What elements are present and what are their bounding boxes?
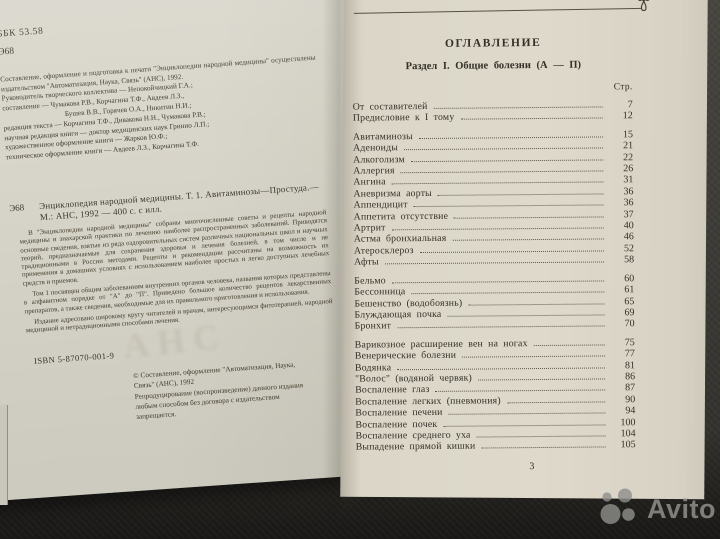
toc-page-number: 100 [609,417,635,429]
toc-entry-label: Варикозное расширение вен на ногах [355,338,528,351]
credits-paragraph: Составление, оформление и подготовка к п… [0,54,317,95]
toc-leader [447,314,604,316]
toc-leader [392,228,604,231]
page-column-header: Стр. [353,82,633,94]
toc-page-number: 87 [609,383,635,395]
annotation-paragraph-1: В "Энциклопедии народной медицины" собра… [19,209,330,288]
avito-wordmark: Avito [647,494,716,525]
toc-group: От составителей7Предисловие к I тому12 [353,99,633,124]
toc-entry-label: Выпадение прямой кишки [356,441,476,453]
credits-line: составление — Чумакова Р.В., Корчагина Т… [2,83,318,115]
bbk-code: ББК 53.58 [0,8,313,40]
toc-leader [434,106,603,108]
toc-entry-label: "Волос" (водяной червяк) [355,373,472,385]
annotation-paragraph-3: Издание адресовано широкому кругу читате… [25,298,333,336]
left-page: АНС ББК 53.58 Э68 Составление, оформлени… [0,0,397,502]
toc-leader [397,326,605,329]
contents-title: ОГЛАВЛЕНИЕ [352,36,634,50]
toc-leader [477,435,606,437]
toc-entry-label: Алкоголизм [353,154,405,166]
isbn: ISBN 5-87070-001-9 [34,334,336,365]
toc-entry-label: Бешенство (водобоязнь) [354,297,462,309]
copyright-line: © Составление, оформление "Автоматизация… [133,358,312,391]
toc-page-number: 65 [608,296,634,308]
header-rule [354,8,642,14]
toc-row: Предисловие к I тому12 [353,111,633,125]
toc-page-number: 52 [608,243,634,255]
toc-page-number: 7 [607,99,633,111]
toc-page-number: 36 [607,186,633,198]
toc-leader [462,356,605,358]
toc-leader [534,344,605,346]
toc-group: Авитаминозы15Аденоиды21Алкоголизм22Аллер… [353,129,634,268]
toc-entry-label: Аневризма аорты [353,188,432,200]
credits-line: Бушев В.В., Горячев О.А., Никитин Н.И.; [3,92,319,124]
toc-page-number: 105 [610,440,636,452]
toc-entry-label: Астма бронхиальная [354,233,447,245]
toc-page-number: 36 [608,197,634,209]
toc-page-number: 40 [608,220,634,232]
toc-row: Выпадение прямой кишки105 [356,440,636,454]
right-page-content: ОГЛАВЛЕНИЕ Раздел I. Общие болезни (А — … [340,0,709,511]
toc-page-number: 81 [609,360,635,372]
catalog-entry-block: Э68 Энциклопедия народной медицины. Т. 1… [9,181,326,226]
credits-line: техническое оформление книги — Авдеев Л.… [5,132,321,164]
page-number-footer: 3 [356,460,672,474]
toc-leader [481,447,605,449]
toc-page-number: 15 [607,129,633,141]
toc-page-number: 90 [609,394,635,406]
avito-watermark: Avito [598,487,716,532]
catalog-entry: Энциклопедия народной медицины. Т. 1. Ав… [39,181,326,224]
toc-leader [385,262,604,265]
toc-leader [414,205,604,208]
toc-leader [449,413,606,415]
toc-entry-label: Артрит [354,222,386,234]
toc-entry-label: Атеросклероз [354,245,414,257]
toc-entry-label: Аппендицит [354,199,408,211]
toc-page-number: 31 [607,175,633,187]
toc-leader [454,216,604,218]
toc-leader [468,303,604,305]
toc-leader [411,292,604,295]
toc-entry-label: Воспаление среднего уха [356,430,471,442]
toc-entry-label: Блуждающая почка [354,309,441,321]
toc-page-number: 86 [609,371,635,383]
toc-leader [443,424,605,426]
toc-page-number: 60 [608,273,634,285]
toc-entry-label: Бессонница [354,286,405,298]
right-page: ОГЛАВЛЕНИЕ Раздел I. Общие болезни (А — … [340,0,708,499]
credits-line: Руководитель творческого коллектива — Не… [1,73,317,105]
toc-leader [507,401,605,403]
toc-leader [452,239,603,241]
toc-entry-label: Ангина [353,177,385,189]
show-through-text: АНС [121,315,229,368]
toc-leader [478,378,605,380]
toc-page-number: 37 [608,209,634,221]
avito-logo-icon [598,487,642,532]
toc-entry-label: Аппетита отсутствие [354,210,449,222]
toc-page-number: 94 [609,405,635,417]
book-photo: АНС ББК 53.58 Э68 Составление, оформлени… [0,0,720,539]
toc-page-number: 70 [609,318,635,330]
toc-leader [404,148,603,151]
catalog-index: Э68 [0,26,314,58]
toc-leader [392,280,604,283]
credits-line: художественное оформление книги — Жарков… [5,122,321,154]
credits-line: научная редакция книги — доктор медицинс… [4,112,320,144]
toc-page-number: 58 [608,254,634,266]
toc-leader [438,193,604,195]
toc-entry-label: Воспаление глаз [355,384,429,396]
toc-page-number: 61 [608,284,634,296]
toc-leader [397,367,605,370]
toc-page-number: 21 [607,140,633,152]
toc-entry-label: Воспаление печени [355,407,442,419]
toc-entry-label: Предисловие к I тому [353,112,455,124]
toc-entry-label: Воспаление почек [355,418,437,430]
toc-page-number: 26 [607,163,633,175]
toc-entry-label: Бронхит [355,321,392,333]
toc-group: Варикозное расширение вен на ногах75Вене… [355,337,636,454]
toc-entry-label: Водянка [355,362,391,374]
copyright-note: © Составление, оформление "Автоматизация… [133,358,314,422]
toc-entry-label: Аллергия [353,165,395,177]
toc-entry-label: Бельмо [354,275,386,287]
toc-page-number: 104 [610,428,636,440]
toc-leader [392,182,604,185]
toc-page-number: 69 [608,307,634,319]
toc-leader [436,390,606,392]
toc-leader [419,136,603,139]
toc-page-number: 46 [608,232,634,244]
toc-list: От составителей7Предисловие к I тому12Ав… [353,99,636,453]
credits-line: редакция текста — Корчагина Т.Ф., Дивако… [3,102,319,134]
annotation-paragraph-2: Том 1 посвящен общим заболеваниям внутре… [23,270,332,316]
toc-entry-label: Воспаление легких (пневмония) [355,395,501,408]
toc-entry-label: Авитаминозы [353,131,413,143]
toc-entry-label: Афты [354,257,379,269]
toc-page-number: 12 [607,111,633,123]
toc-leader [411,159,603,162]
flower-ornament-icon [634,0,654,22]
toc-entry-label: От составителей [353,101,428,113]
toc-page-number: 22 [607,152,633,164]
toc-leader [401,170,604,173]
reproduction-notice: Репродуцирование (воспроизведение) данно… [134,380,314,423]
toc-group: Бельмо60Бессонница61Бешенство (водобоязн… [354,273,634,332]
section-heading: Раздел I. Общие болезни (А — П) [352,59,634,72]
toc-page-number: 77 [609,348,635,360]
toc-entry-label: Аденоиды [353,142,398,154]
page-edge-stack [0,405,8,505]
toc-leader [460,118,602,120]
left-page-content: АНС ББК 53.58 Э68 Составление, оформлени… [0,0,392,433]
toc-entry-label: Венерические болезни [355,350,456,362]
catalog-entry-code: Э68 [9,201,41,226]
toc-page-number: 75 [609,337,635,349]
toc-leader [420,250,604,253]
